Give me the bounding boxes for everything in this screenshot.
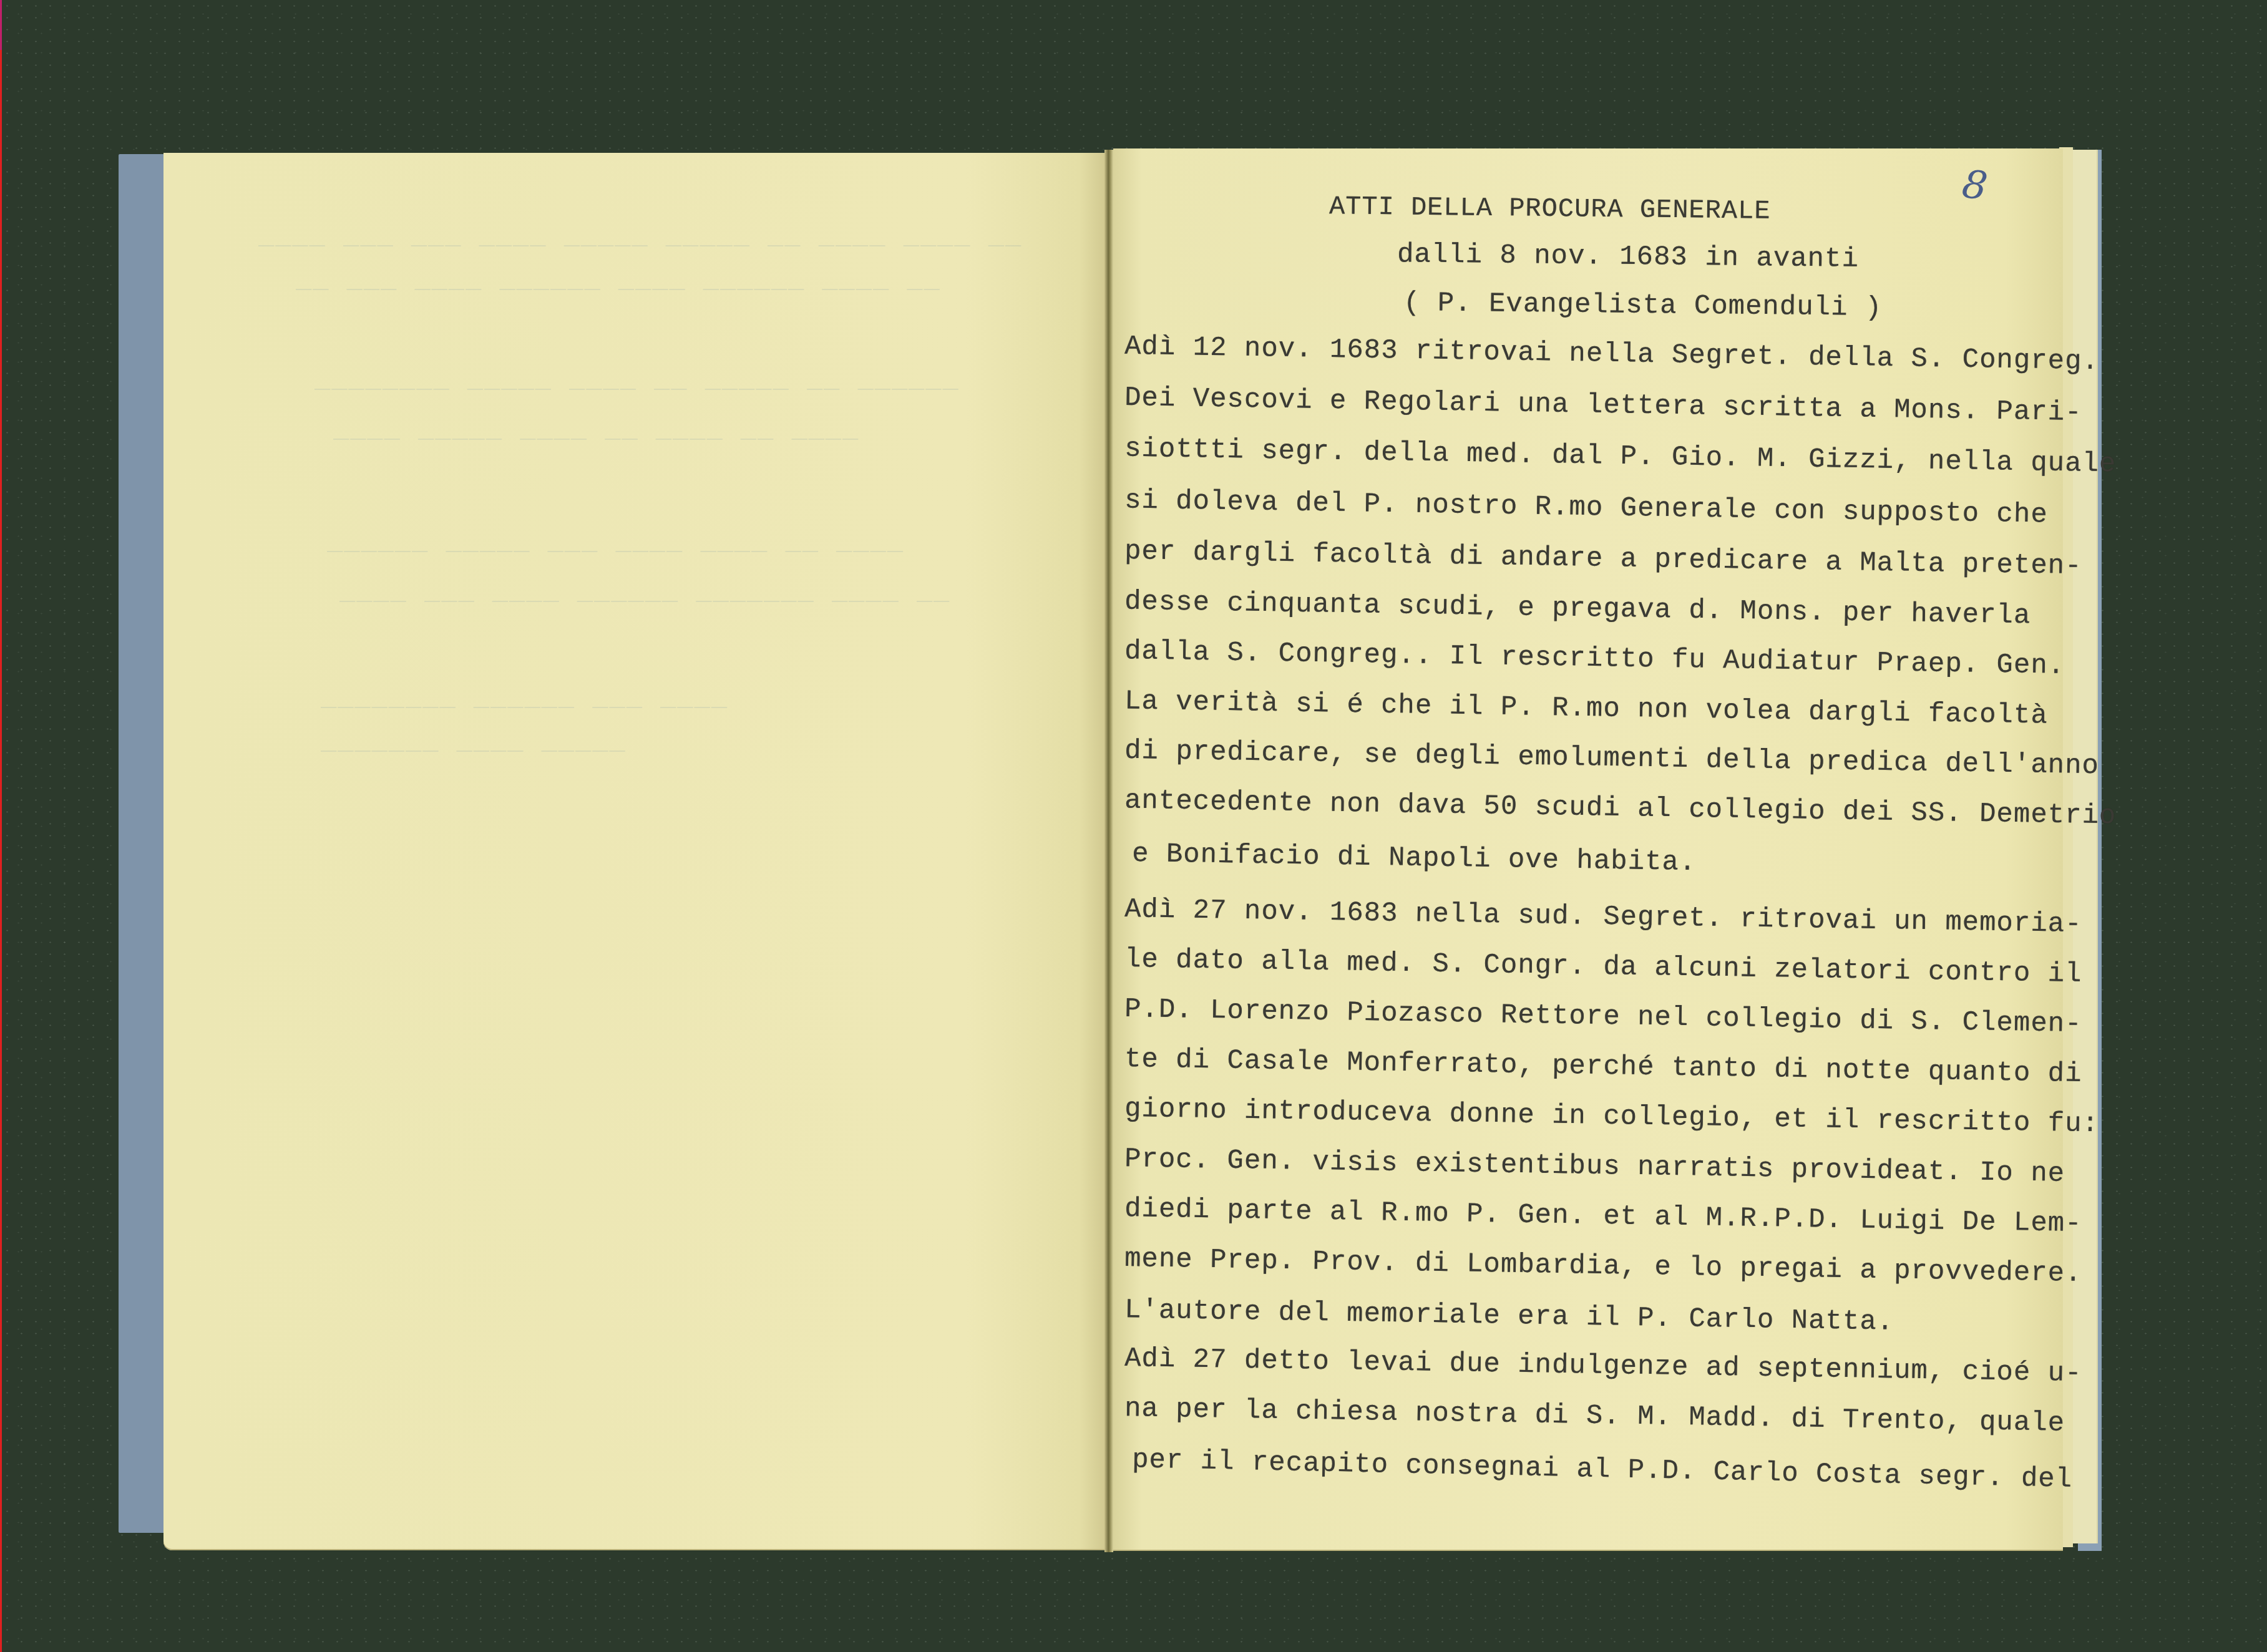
text-line: Dei Vescovi e Regolari una lettera scrit… <box>1124 384 2082 427</box>
show-through-text: __ ____ _______ ______ ____ ___ ____ <box>338 577 949 607</box>
show-through-text: _____ ____ _______ <box>319 727 625 757</box>
show-through-text: __ ____ ____ __ _____ _____ ____ ___ ___… <box>257 221 1021 251</box>
text-line: antecedente non dava 50 scudi al collegi… <box>1124 787 2117 830</box>
folio-number: 8 <box>1959 161 1990 210</box>
text-line: per il recapito consegnai al P.D. Carlo … <box>1132 1446 2073 1494</box>
text-line: P.D. Lorenzo Piozasco Rettore nel colleg… <box>1124 996 2082 1038</box>
text-line: le dato alla med. S. Congr. da alcuni ze… <box>1124 946 2082 988</box>
book-gutter <box>1104 150 1113 1552</box>
text-line: giorno introduceva donne in collegio, et… <box>1124 1096 2100 1139</box>
text-line: per dargli facoltà di andare a predicare… <box>1124 538 2082 580</box>
right-page: 8 ATTI DELLA PROCURA GENERALE dalli 8 no… <box>1113 148 2063 1551</box>
text-line: di predicare, se degli emolumenti della … <box>1124 737 2100 780</box>
text-line: e Bonifacio di Napoli ove habita. <box>1132 840 1697 877</box>
text-line: Adì 12 nov. 1683 ritrovai nella Segret. … <box>1124 333 2100 376</box>
left-page: __ ____ ____ __ _____ _____ ____ ___ ___… <box>163 153 1108 1550</box>
text-line: na per la chiesa nostra di S. M. Madd. d… <box>1124 1395 2065 1437</box>
scan-edge-strip <box>0 0 2 1652</box>
text-line: desse cinquanta scudi, e pregava d. Mons… <box>1124 588 2031 630</box>
text-line: te di Casale Monferrato, perché tanto di… <box>1124 1046 2082 1088</box>
text-line: L'autore del memoriale era il P. Carlo N… <box>1124 1296 1894 1336</box>
show-through-text: ____ __ ____ __ ____ _____ ____ <box>332 415 858 445</box>
show-through-text: ____ ___ ______ ________ <box>319 683 727 713</box>
show-through-text: ____ __ ____ ____ ___ _____ ______ <box>326 527 903 557</box>
document-date-range: dalli 8 nov. 1683 in avanti <box>1397 241 1859 273</box>
text-line: mene Prep. Prov. di Lombardia, e lo preg… <box>1124 1245 2082 1288</box>
show-through-text: ______ __ _____ __ ____ _____ ________ <box>313 365 958 395</box>
document-author: ( P. Evangelista Comenduli ) <box>1403 289 1883 322</box>
text-line: Adì 27 nov. 1683 nella sud. Segret. ritr… <box>1124 896 2082 938</box>
text-line: siottti segr. della med. dal P. Gio. M. … <box>1124 435 2117 479</box>
text-line: La verità si é che il P. R.mo non volea … <box>1124 688 2048 729</box>
text-line: diedi parte al R.mo P. Gen. et al M.R.P.… <box>1124 1195 2082 1238</box>
text-line: dalla S. Congreg.. Il rescritto fu Audia… <box>1124 638 2065 680</box>
show-through-text: __ ____ ______ ____ ______ ____ ___ __ <box>295 265 940 295</box>
left-cover-board <box>119 154 163 1533</box>
text-line: si doleva del P. nostro R.mo Generale co… <box>1124 487 2048 528</box>
text-line: Proc. Gen. visis existentibus narratis p… <box>1124 1145 2065 1188</box>
document-title: ATTI DELLA PROCURA GENERALE <box>1329 193 1771 224</box>
text-line: Adì 27 detto levai due indulgenze ad sep… <box>1124 1345 2082 1387</box>
